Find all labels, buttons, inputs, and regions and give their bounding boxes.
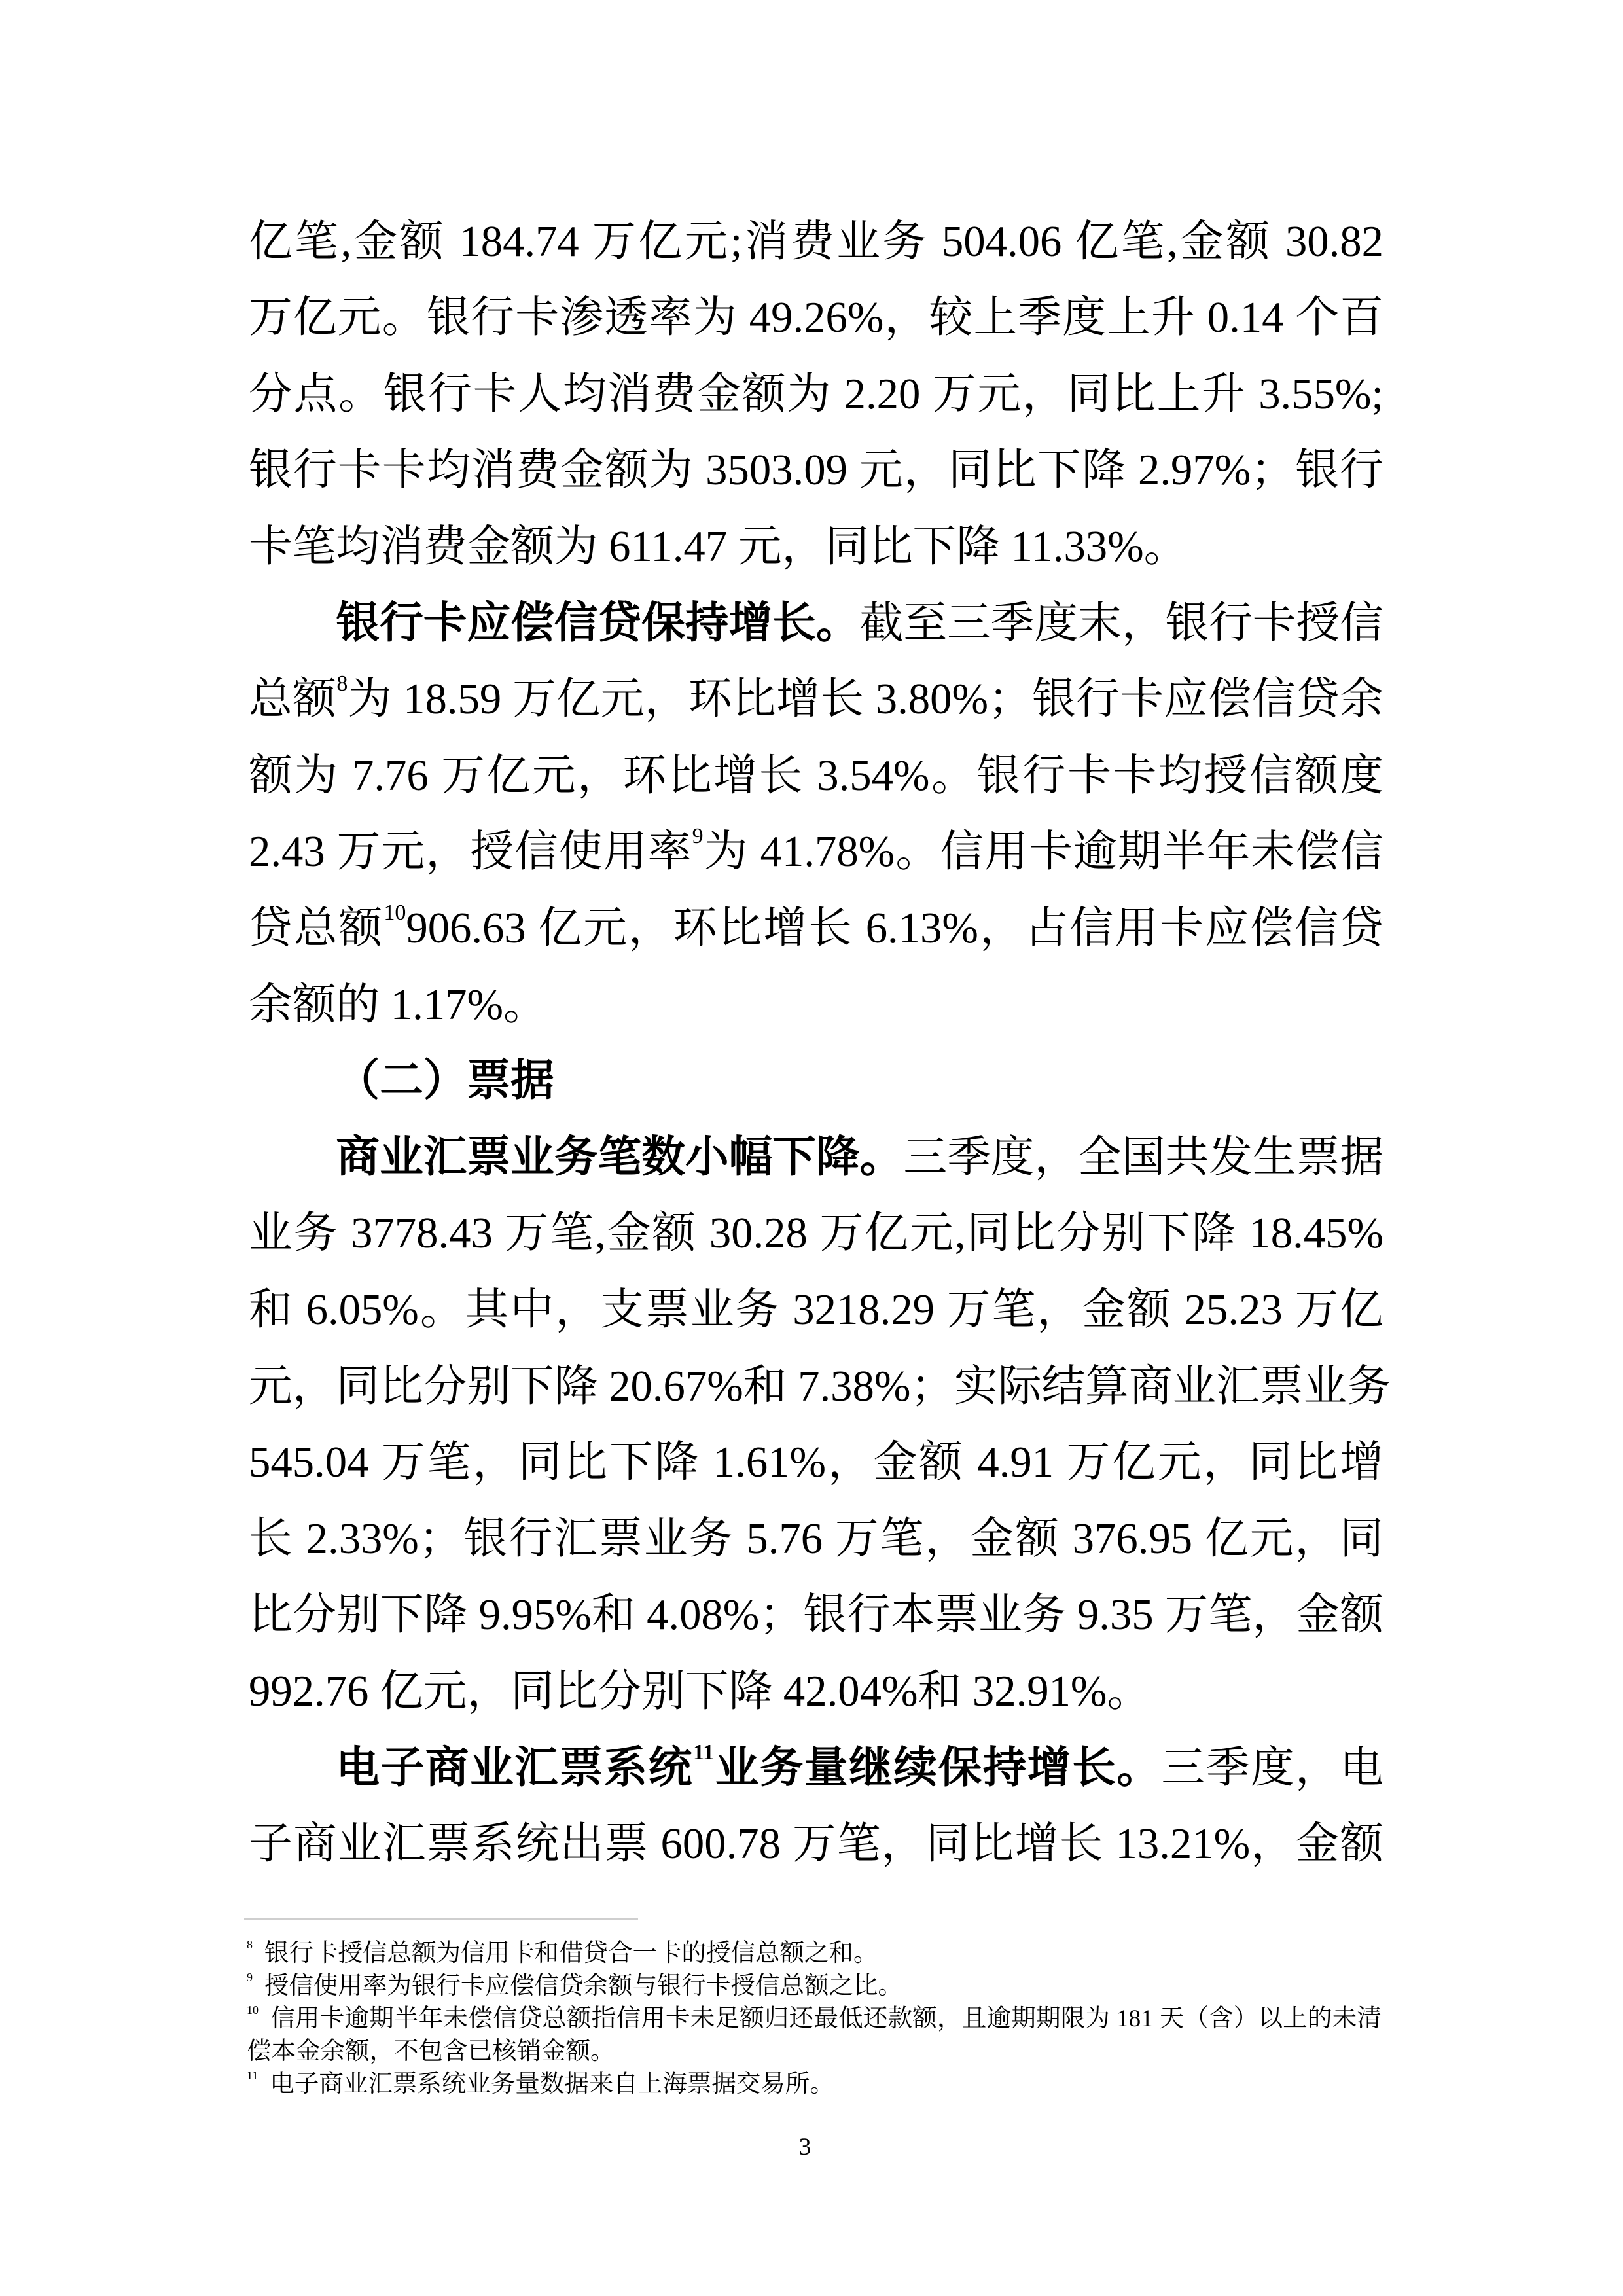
section-heading: （二）票据 [249, 1043, 1383, 1120]
text-line: 余额的 1.17%。 [249, 967, 1383, 1044]
page-number: 3 [789, 2131, 821, 2164]
footnote-reference: 10 [383, 901, 406, 925]
text-segment: 为 18.59 万亿元，环比增长 3.80%；银行卡应偿信贷余 [348, 675, 1383, 723]
text-line: 万亿元。银行卡渗透率为 49.26%，较上季度上升 0.14 个百 [249, 280, 1383, 357]
text-segment: 卡笔均消费金额为 611.47 元，同比下降 11.33%。 [249, 523, 1187, 571]
text-line: 元，同比分别下降 20.67%和 7.38%；实际结算商业汇票业务 [249, 1349, 1383, 1426]
text-segment: 比分别下降 9.95%和 4.08%；银行本票业务 9.35 万笔，金额 [249, 1591, 1383, 1639]
text-segment: 亿笔,金额 184.74 万亿元;消费业务 504.06 亿笔,金额 30.82 [249, 218, 1383, 266]
text-segment: 为 41.78%。信用卡逾期半年未偿信 [704, 828, 1383, 876]
text-line: 银行卡卡均消费金额为 3503.09 元，同比下降 2.97%；银行 [249, 433, 1383, 509]
footnote-8: 8银行卡授信总额为信用卡和借贷合一卡的授信总额之和。 [247, 1937, 1382, 1970]
footnote-number: 11 [247, 2069, 258, 2082]
text-line: 业务 3778.43 万笔,金额 30.28 万亿元,同比分别下降 18.45% [249, 1196, 1383, 1272]
text-segment: 子商业汇票系统出票 600.78 万笔，同比增长 13.21%，金额 [249, 1820, 1383, 1868]
footnote-reference: 8 [336, 672, 348, 696]
footnote-text: 信用卡逾期半年未偿信贷总额指信用卡未足额归还最低还款额，且逾期期限为 181 天… [270, 2005, 1382, 2032]
text-line: 贷总额10906.63 亿元，环比增长 6.13%，占信用卡应偿信贷 [249, 891, 1383, 967]
text-segment: 三季度，电 [1162, 1744, 1383, 1792]
text-segment: 906.63 亿元，环比增长 6.13%，占信用卡应偿信贷 [406, 905, 1383, 952]
footnote-reference: 9 [692, 824, 704, 848]
lead-sentence: 银行卡应偿信贷保持增长。 [336, 600, 859, 647]
text-line: 额为 7.76 万亿元，环比增长 3.54%。银行卡卡均授信额度 [249, 738, 1383, 815]
text-segment: 万亿元。银行卡渗透率为 49.26%，较上季度上升 0.14 个百 [249, 294, 1383, 342]
footnote-text: 偿本金余额，不包含已核销金额。 [247, 2038, 615, 2065]
footnote-text: 银行卡授信总额为信用卡和借贷合一卡的授信总额之和。 [264, 1940, 878, 1967]
footnote-number: 9 [247, 1971, 253, 1984]
text-line: 亿笔,金额 184.74 万亿元;消费业务 504.06 亿笔,金额 30.82 [249, 204, 1383, 281]
text-line: 545.04 万笔，同比下降 1.61%，金额 4.91 万亿元，同比增 [249, 1425, 1383, 1501]
text-line: 比分别下降 9.95%和 4.08%；银行本票业务 9.35 万笔，金额 [249, 1577, 1383, 1654]
text-line: 商业汇票业务笔数小幅下降。三季度，全国共发生票据 [249, 1120, 1383, 1196]
text-line: 长 2.33%；银行汇票业务 5.76 万笔，金额 376.95 亿元，同 [249, 1501, 1383, 1578]
paragraph-card-credit: 银行卡应偿信贷保持增长。截至三季度末，银行卡授信 总额8为 18.59 万亿元，… [249, 586, 1383, 1044]
text-segment: 总额 [249, 675, 336, 723]
text-segment: 贷总额 [249, 905, 383, 952]
text-segment: 元，同比分别下降 20.67%和 7.38%；实际结算商业汇票业务 [249, 1363, 1391, 1410]
lead-sentence: 电子商业汇票系统 [336, 1744, 693, 1792]
footnote-10: 10信用卡逾期半年未偿信贷总额指信用卡未足额归还最低还款额，且逾期期限为 181… [247, 2003, 1382, 2036]
section-heading-text: （二）票据 [336, 1057, 554, 1105]
document-page: 亿笔,金额 184.74 万亿元;消费业务 504.06 亿笔,金额 30.82… [0, 0, 1623, 2296]
text-line: 电子商业汇票系统11业务量继续保持增长。三季度，电 [249, 1731, 1383, 1807]
text-line: 分点。银行卡人均消费金额为 2.20 万元，同比上升 3.55%; [249, 357, 1383, 433]
text-segment: 银行卡卡均消费金额为 3503.09 元，同比下降 2.97%；银行 [249, 446, 1383, 494]
footnote-10-continued: 偿本金余额，不包含已核销金额。 [247, 2036, 1382, 2068]
text-line: 子商业汇票系统出票 600.78 万笔，同比增长 13.21%，金额 [249, 1806, 1383, 1883]
text-segment: 545.04 万笔，同比下降 1.61%，金额 4.91 万亿元，同比增 [249, 1439, 1383, 1486]
text-segment: 业务 3778.43 万笔,金额 30.28 万亿元,同比分别下降 18.45% [249, 1210, 1383, 1257]
text-line: 银行卡应偿信贷保持增长。截至三季度末，银行卡授信 [249, 586, 1383, 662]
text-segment: 三季度，全国共发生票据 [903, 1134, 1383, 1181]
text-segment: 余额的 1.17%。 [249, 981, 547, 1029]
footnote-9: 9授信使用率为银行卡应偿信贷余额与银行卡授信总额之比。 [247, 1970, 1382, 2003]
text-segment: 分点。银行卡人均消费金额为 2.20 万元，同比上升 3.55%; [249, 370, 1383, 418]
footnotes: 8银行卡授信总额为信用卡和借贷合一卡的授信总额之和。 9授信使用率为银行卡应偿信… [247, 1937, 1382, 2101]
text-line: 卡笔均消费金额为 611.47 元，同比下降 11.33%。 [249, 509, 1383, 586]
footnote-reference: 11 [693, 1740, 714, 1765]
text-segment: 和 6.05%。其中，支票业务 3218.29 万笔，金额 25.23 万亿 [249, 1286, 1383, 1334]
footnote-number: 10 [247, 2003, 259, 2017]
text-segment: 长 2.33%；银行汇票业务 5.76 万笔，金额 376.95 亿元，同 [249, 1515, 1383, 1563]
footnote-separator [244, 1918, 638, 1920]
lead-sentence: 业务量继续保持增长。 [714, 1744, 1161, 1792]
body-text: 亿笔,金额 184.74 万亿元;消费业务 504.06 亿笔,金额 30.82… [249, 204, 1383, 1883]
text-line: 和 6.05%。其中，支票业务 3218.29 万笔，金额 25.23 万亿 [249, 1272, 1383, 1349]
paragraph-card-consumption: 亿笔,金额 184.74 万亿元;消费业务 504.06 亿笔,金额 30.82… [249, 204, 1383, 586]
text-line: 总额8为 18.59 万亿元，环比增长 3.80%；银行卡应偿信贷余 [249, 662, 1383, 738]
footnote-text: 授信使用率为银行卡应偿信贷余额与银行卡授信总额之比。 [264, 1973, 902, 2000]
text-line: 992.76 亿元，同比分别下降 42.04%和 32.91%。 [249, 1654, 1383, 1731]
text-segment: 截至三季度末，银行卡授信 [860, 600, 1383, 647]
footnote-number: 8 [247, 1938, 253, 1951]
footnote-11: 11电子商业汇票系统业务量数据来自上海票据交易所。 [247, 2068, 1382, 2101]
text-segment: 额为 7.76 万亿元，环比增长 3.54%。银行卡卡均授信额度 [249, 752, 1383, 800]
text-line: 2.43 万元，授信使用率9为 41.78%。信用卡逾期半年未偿信 [249, 814, 1383, 891]
text-segment: 992.76 亿元，同比分别下降 42.04%和 32.91%。 [249, 1668, 1150, 1715]
paragraph-commercial-bills: 商业汇票业务笔数小幅下降。三季度，全国共发生票据 业务 3778.43 万笔,金… [249, 1120, 1383, 1731]
footnote-text: 电子商业汇票系统业务量数据来自上海票据交易所。 [270, 2071, 834, 2098]
paragraph-electronic-bill-system: 电子商业汇票系统11业务量继续保持增长。三季度，电 子商业汇票系统出票 600.… [249, 1731, 1383, 1883]
lead-sentence: 商业汇票业务笔数小幅下降。 [336, 1134, 903, 1181]
text-segment: 2.43 万元，授信使用率 [249, 828, 692, 876]
